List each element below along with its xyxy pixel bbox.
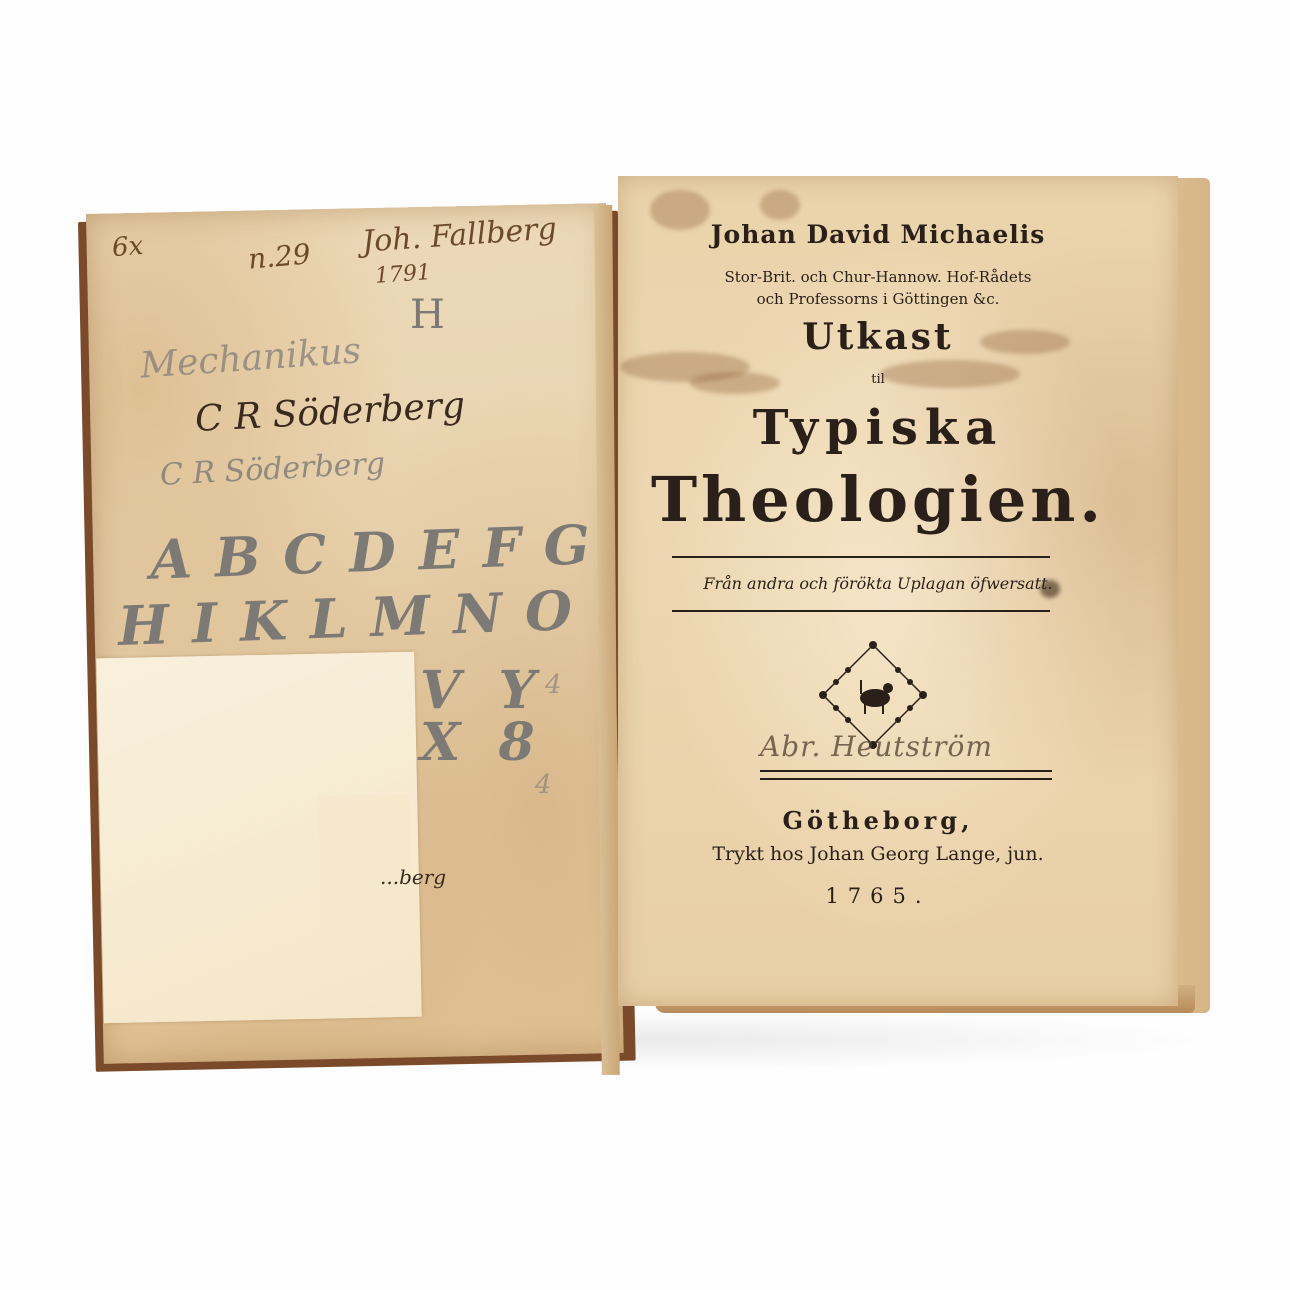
imprint-place: Götheborg, bbox=[618, 806, 1138, 835]
author-name: Johan David Michaelis bbox=[618, 220, 1138, 249]
title-word-utkast: Utkast bbox=[618, 316, 1138, 358]
photo-scene: 6x n.29 Joh. Fallberg 1791 H Mechanikus … bbox=[0, 0, 1290, 1290]
title-connector-til: til bbox=[618, 372, 1138, 387]
author-titles-line-2: och Professorns i Göttingen &c. bbox=[618, 290, 1138, 308]
owner-signature-abr: Abr. Heutström bbox=[760, 730, 993, 763]
author-titles-line-1: Stor-Brit. och Chur-Hannow. Hof-Rådets bbox=[618, 268, 1138, 286]
water-stain bbox=[760, 190, 800, 220]
patch-fragment-text: ...berg bbox=[380, 865, 446, 889]
corner-mark: 6x bbox=[111, 231, 144, 263]
title-word-typiska: Typiska bbox=[618, 400, 1138, 456]
signature-year: 1791 bbox=[374, 260, 432, 289]
pencil-letter-h: H bbox=[410, 292, 445, 338]
title-word-theologien: Theologien. bbox=[618, 463, 1138, 536]
inscription-number: n.29 bbox=[247, 237, 312, 275]
pencil-alphabet-row-4: X 8 bbox=[420, 712, 545, 773]
margin-number-2: 4 bbox=[535, 770, 552, 800]
double-rule-bottom bbox=[760, 778, 1052, 780]
imprint-printer: Trykt hos Johan Georg Lange, jun. bbox=[618, 843, 1138, 865]
imprint-year: 1765. bbox=[618, 884, 1138, 908]
rule-bottom bbox=[672, 610, 1050, 612]
rule-top bbox=[672, 556, 1050, 558]
edition-note: Från andra och förökta Uplagan öfwersatt… bbox=[618, 574, 1138, 593]
margin-number-1: 4 bbox=[545, 670, 562, 700]
double-rule-top bbox=[760, 770, 1052, 772]
